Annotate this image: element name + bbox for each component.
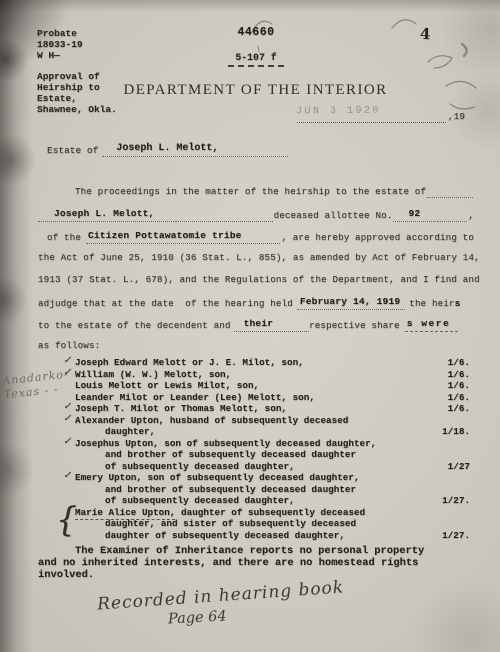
- department-title: DEPARTMENT OF THE INTERIOR: [118, 82, 393, 99]
- heir-share: 1/27: [448, 461, 470, 473]
- decedent-name: Joseph L. Melott,: [54, 208, 154, 219]
- file-code-block: 5-107 f: [206, 47, 306, 67]
- paragraph-text: s: [455, 297, 461, 310]
- paragraph-line: of the Citizen Pottawatomie tribe , are …: [38, 229, 474, 244]
- paragraph-line: as follows:: [38, 339, 474, 352]
- paragraph-text: of the: [47, 231, 81, 244]
- dotted-rule: [437, 210, 467, 222]
- paragraph-text: adjudge that at the date of the hearing …: [38, 297, 293, 310]
- paragraph-line: 1913 (37 Stat. L., 678), and the Regulat…: [38, 273, 474, 286]
- heir-name-line: Emery Upton, son of subsequently decease…: [38, 472, 470, 484]
- heir-continuation-line: of subsequently deceased daughter,: [38, 461, 470, 473]
- heir-name-line: Alexander Upton, husband of subsequently…: [38, 415, 470, 427]
- paragraph-text: to the estate of the decendent and: [38, 319, 231, 332]
- estate-label: Estate of: [47, 144, 98, 157]
- file-code: 5-107 f: [228, 52, 283, 67]
- paragraph-text: ,: [468, 209, 474, 222]
- allottee-number-underline: 92: [393, 207, 437, 222]
- paragraph-line: adjudge that at the date of the hearing …: [38, 295, 474, 310]
- their-word: their: [244, 318, 274, 329]
- heir-row: ✓ Joseph T. Milot or Thomas Melott, son,…: [38, 403, 470, 415]
- paragraph-text: as follows:: [38, 339, 100, 352]
- paragraph-text: respective share: [309, 319, 400, 332]
- tribe-name: Citizen Pottawatomie tribe: [88, 230, 242, 241]
- heir-row: ✓ Joseph Edward Melott or J. E. Milot, s…: [38, 357, 470, 369]
- heir-row: ✓ Emery Upton, son of subsequently decea…: [38, 472, 470, 507]
- paragraph-text: 1913 (37 Stat. L., 678), and the Regulat…: [38, 273, 480, 286]
- recorded-note-page: Page 64: [168, 608, 227, 627]
- heir-share: 1/6.: [448, 380, 470, 392]
- examiner-paragraph: The Examiner of Inheritance reports no p…: [38, 546, 474, 581]
- heir-continuation-line: and brother of subsequently deceased dau…: [38, 484, 470, 496]
- approval-line: Shawnee, Okla.: [37, 104, 117, 115]
- probate-file-block: Probate 18033-19 W H—: [37, 28, 83, 61]
- heir-share: 1/27.: [442, 495, 470, 507]
- heir-continuation-line: and brother of subsequently deceased dau…: [38, 449, 470, 461]
- estate-of-line: Estate of Joseph L. Melott,: [47, 142, 288, 157]
- date-line: ,19: [297, 110, 465, 123]
- approval-line: Heirship to: [37, 82, 117, 93]
- heir-continuation-line: daughter,: [38, 426, 470, 438]
- paragraph-text: , are hereby approved according to: [281, 231, 474, 244]
- heir-text: daughter of subsequently deceased: [181, 507, 365, 518]
- heir-row: ✓ William (W. W.) Melott, son, 1/6.: [38, 369, 470, 381]
- approval-line: Approval of: [37, 71, 117, 82]
- probate-line: 18033-19: [37, 39, 83, 50]
- dotted-rule: [249, 232, 281, 244]
- heir-share: 1/6.: [448, 369, 470, 381]
- heir-name-line: Joseph Edward Melott or J. E. Milot, son…: [38, 357, 470, 369]
- heir-name-line: Josephus Upton, son of subsequently dece…: [38, 438, 470, 450]
- handwritten-page-number: 4: [420, 25, 431, 43]
- allottee-number: 92: [409, 208, 421, 219]
- paragraph-line: Joseph L. Melott, deceased allottee No. …: [38, 207, 474, 222]
- heir-row: ✓ Alexander Upton, husband of subsequent…: [38, 415, 470, 438]
- heir-row: ✓ Josephus Upton, son of subsequently de…: [38, 438, 470, 473]
- heir-row: { Marie Alice Upton, daughter of subsequ…: [38, 507, 470, 542]
- probate-line: Probate: [37, 28, 83, 39]
- dotted-rule: [175, 210, 272, 222]
- heir-share: 1/6.: [448, 392, 470, 404]
- heir-name-line: Louis Melott or Lewis Milot, son,: [38, 380, 470, 392]
- heir-share: 1/18.: [442, 426, 470, 438]
- heir-share: 1/6.: [448, 403, 470, 415]
- heir-continuation-line: of subsequently deceased daughter,: [38, 495, 470, 507]
- decedent-name: Joseph L. Melott,: [116, 143, 218, 154]
- heir-continuation-line: daughter of subsequently deceased daught…: [38, 530, 470, 542]
- checkmark-icon: ✓: [63, 437, 71, 449]
- scan-edge-shadow: [0, 0, 36, 652]
- examiner-line: involved.: [38, 570, 474, 582]
- tribe-underline: Citizen Pottawatomie tribe: [86, 229, 248, 244]
- heirs-list: ✓ Joseph Edward Melott or J. E. Milot, s…: [38, 357, 470, 541]
- paragraph-line: the Act of June 25, 1910 (36 Stat. L., 8…: [38, 251, 474, 264]
- date-year-suffix: ,19: [448, 111, 465, 123]
- document-number: 44660: [206, 26, 306, 39]
- checkmark-icon: ✓: [63, 471, 71, 483]
- heir-name-line: Leander Milot or Leander (Lee) Melott, s…: [38, 392, 470, 404]
- brace-icon: {: [56, 502, 77, 537]
- paragraph-text: deceased allottee No.: [274, 209, 393, 222]
- paragraph-line: The proceedings in the matter of the hei…: [38, 185, 474, 198]
- heir-name-line: Joseph T. Milot or Thomas Melott, son,: [38, 403, 470, 415]
- shares-were-underline: s were: [405, 317, 459, 332]
- heir-share: 1/6.: [448, 357, 470, 369]
- paragraph-text: the Act of June 25, 1910 (36 Stat. L., 8…: [38, 251, 480, 264]
- heir-row: Leander Milot or Leander (Lee) Melott, s…: [38, 392, 470, 404]
- hearing-date-underline: February 14, 1919: [297, 295, 405, 310]
- dotted-rule: [427, 186, 473, 198]
- heir-name-line: William (W. W.) Melott, son,: [38, 369, 470, 381]
- approval-line: Estate,: [37, 93, 117, 104]
- checkmark-icon: ✓: [63, 368, 71, 380]
- heir-continuation-line: daughter, and sister of subsequently dec…: [38, 518, 470, 530]
- scan-top-shadow: [0, 0, 500, 12]
- decedent-name-underline: Joseph L. Melott,: [38, 207, 174, 222]
- paragraph-text: the heir: [409, 297, 454, 310]
- checkmark-icon: ✓: [63, 356, 71, 368]
- heir-row: Louis Melott or Lewis Milot, son, 1/6.: [38, 380, 470, 392]
- hearing-date: February 14, 1919: [300, 296, 400, 307]
- estate-name-underline: Joseph L. Melott,: [102, 142, 288, 157]
- probate-line: W H—: [37, 50, 83, 61]
- paragraph-text: The proceedings in the matter of the hei…: [38, 185, 426, 198]
- checkmark-icon: ✓: [63, 414, 71, 426]
- dotted-rule: [297, 110, 446, 123]
- examiner-line: and no inherited interests, and there ar…: [38, 558, 474, 570]
- approval-heirship-block: Approval of Heirship to Estate, Shawnee,…: [37, 71, 117, 115]
- heir-share: 1/27.: [442, 530, 470, 542]
- checkmark-icon: ✓: [63, 402, 71, 414]
- scanned-document-page: Probate 18033-19 W H— 44660 5-107 f 4 Ap…: [0, 0, 500, 652]
- paragraph-line: to the estate of the decendent and their…: [38, 317, 474, 332]
- heir-name-line: Marie Alice Upton, daughter of subsequen…: [38, 507, 470, 519]
- their-underline: their: [234, 317, 310, 332]
